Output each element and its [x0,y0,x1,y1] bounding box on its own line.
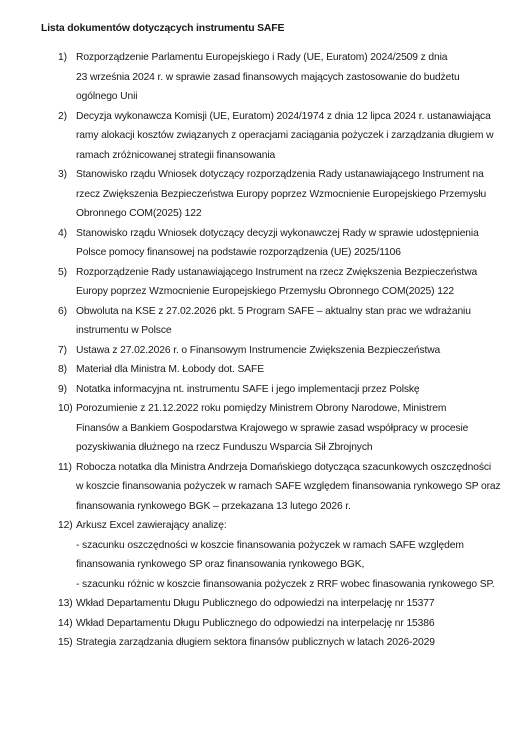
text-line: Obwoluta na KSE z 27.02.2026 pkt. 5 Prog… [76,302,496,322]
text-line: - szacunku różnic w koszcie finansowania… [76,575,496,595]
list-item: 3)Stanowisko rządu Wniosek dotyczący roz… [0,165,518,224]
list-item-number: 7) [58,341,67,361]
list-item-number: 1) [58,48,67,68]
list-item-text: Obwoluta na KSE z 27.02.2026 pkt. 5 Prog… [76,302,496,341]
text-line: Strategia zarządzania długiem sektora fi… [76,633,496,653]
text-line: Wkład Departamentu Długu Publicznego do … [76,614,496,634]
list-item-number: 9) [58,380,67,400]
document-list: 1)Rozporządzenie Parlamentu Europejskieg… [0,48,518,653]
list-item-text: Decyzja wykonawcza Komisji (UE, Euratom)… [76,107,496,166]
list-item: 1)Rozporządzenie Parlamentu Europejskieg… [0,48,518,107]
list-item-text: Robocza notatka dla Ministra Andrzeja Do… [76,458,496,517]
text-line: Finansów a Bankiem Gospodarstwa Krajoweg… [76,419,496,439]
list-item: 4)Stanowisko rządu Wniosek dotyczący dec… [0,224,518,263]
list-item: 7)Ustawa z 27.02.2026 r. o Finansowym In… [0,341,518,361]
text-line: Stanowisko rządu Wniosek dotyczący decyz… [76,224,496,244]
list-item-text: Rozporządzenie Rady ustanawiającego Inst… [76,263,496,302]
list-item: 11)Robocza notatka dla Ministra Andrzeja… [0,458,518,517]
list-item: 10)Porozumienie z 21.12.2022 roku pomięd… [0,399,518,458]
list-item: 2)Decyzja wykonawcza Komisji (UE, Eurato… [0,107,518,166]
list-item: 15)Strategia zarządzania długiem sektora… [0,633,518,653]
list-item-text: Notatka informacyjna nt. instrumentu SAF… [76,380,496,400]
document-page: Lista dokumentów dotyczących instrumentu… [0,0,518,733]
text-line: Robocza notatka dla Ministra Andrzeja Do… [76,458,496,478]
text-line: ramy alokacji kosztów związanych z opera… [76,126,496,146]
list-item-number: 13) [58,594,73,614]
text-line: Obronnego COM(2025) 122 [76,204,496,224]
list-item-number: 3) [58,165,67,185]
list-item-number: 8) [58,360,67,380]
list-item-text: Arkusz Excel zawierający analizę:- szacu… [76,516,496,594]
list-item-number: 15) [58,633,73,653]
text-line: Decyzja wykonawcza Komisji (UE, Euratom)… [76,107,496,127]
list-item: 6)Obwoluta na KSE z 27.02.2026 pkt. 5 Pr… [0,302,518,341]
text-line: Arkusz Excel zawierający analizę: [76,516,496,536]
list-item-number: 4) [58,224,67,244]
list-item-number: 5) [58,263,67,283]
list-item-text: Strategia zarządzania długiem sektora fi… [76,633,496,653]
list-item-text: Stanowisko rządu Wniosek dotyczący rozpo… [76,165,496,224]
text-line: Rozporządzenie Parlamentu Europejskiego … [76,48,496,68]
document-title: Lista dokumentów dotyczących instrumentu… [41,23,284,34]
text-line: finansowania rynkowego BGK – przekazana … [76,497,496,517]
text-line: 23 września 2024 r. w sprawie zasad fina… [76,68,496,88]
list-item-text: Rozporządzenie Parlamentu Europejskiego … [76,48,496,107]
list-item-text: Wkład Departamentu Długu Publicznego do … [76,614,496,634]
text-line: Polsce pomocy finansowej na podstawie ro… [76,243,496,263]
text-line: - szacunku oszczędności w koszcie finans… [76,536,496,556]
list-item-number: 10) [58,399,73,419]
list-item: 14)Wkład Departamentu Długu Publicznego … [0,614,518,634]
list-item: 8)Materiał dla Ministra M. Łobody dot. S… [0,360,518,380]
text-line: Ustawa z 27.02.2026 r. o Finansowym Inst… [76,341,496,361]
text-line: Stanowisko rządu Wniosek dotyczący rozpo… [76,165,496,185]
text-line: Materiał dla Ministra M. Łobody dot. SAF… [76,360,496,380]
text-line: instrumentu w Polsce [76,321,496,341]
list-item-text: Wkład Departamentu Długu Publicznego do … [76,594,496,614]
list-item: 12)Arkusz Excel zawierający analizę:- sz… [0,516,518,594]
text-line: Porozumienie z 21.12.2022 roku pomiędzy … [76,399,496,419]
text-line: pozyskiwania dłużnego na rzecz Funduszu … [76,438,496,458]
list-item-number: 12) [58,516,73,536]
text-line: Europy poprzez Wzmocnienie Europejskiego… [76,282,496,302]
list-item-number: 6) [58,302,67,322]
list-item-text: Stanowisko rządu Wniosek dotyczący decyz… [76,224,496,263]
text-line: rzecz Zwiększenia Bezpieczeństwa Europy … [76,185,496,205]
text-line: ramach zróżnicowanej strategii finansowa… [76,146,496,166]
list-item-text: Porozumienie z 21.12.2022 roku pomiędzy … [76,399,496,458]
text-line: Notatka informacyjna nt. instrumentu SAF… [76,380,496,400]
list-item: 5)Rozporządzenie Rady ustanawiającego In… [0,263,518,302]
list-item: 13)Wkład Departamentu Długu Publicznego … [0,594,518,614]
list-item-number: 11) [58,458,72,478]
list-item-text: Ustawa z 27.02.2026 r. o Finansowym Inst… [76,341,496,361]
list-item: 9)Notatka informacyjna nt. instrumentu S… [0,380,518,400]
list-item-number: 2) [58,107,67,127]
list-item-text: Materiał dla Ministra M. Łobody dot. SAF… [76,360,496,380]
text-line: w koszcie finansowania pożyczek w ramach… [76,477,496,497]
text-line: Rozporządzenie Rady ustanawiającego Inst… [76,263,496,283]
text-line: finansowania rynkowego SP oraz finansowa… [76,555,496,575]
list-item-number: 14) [58,614,73,634]
text-line: Wkład Departamentu Długu Publicznego do … [76,594,496,614]
text-line: ogólnego Unii [76,87,496,107]
